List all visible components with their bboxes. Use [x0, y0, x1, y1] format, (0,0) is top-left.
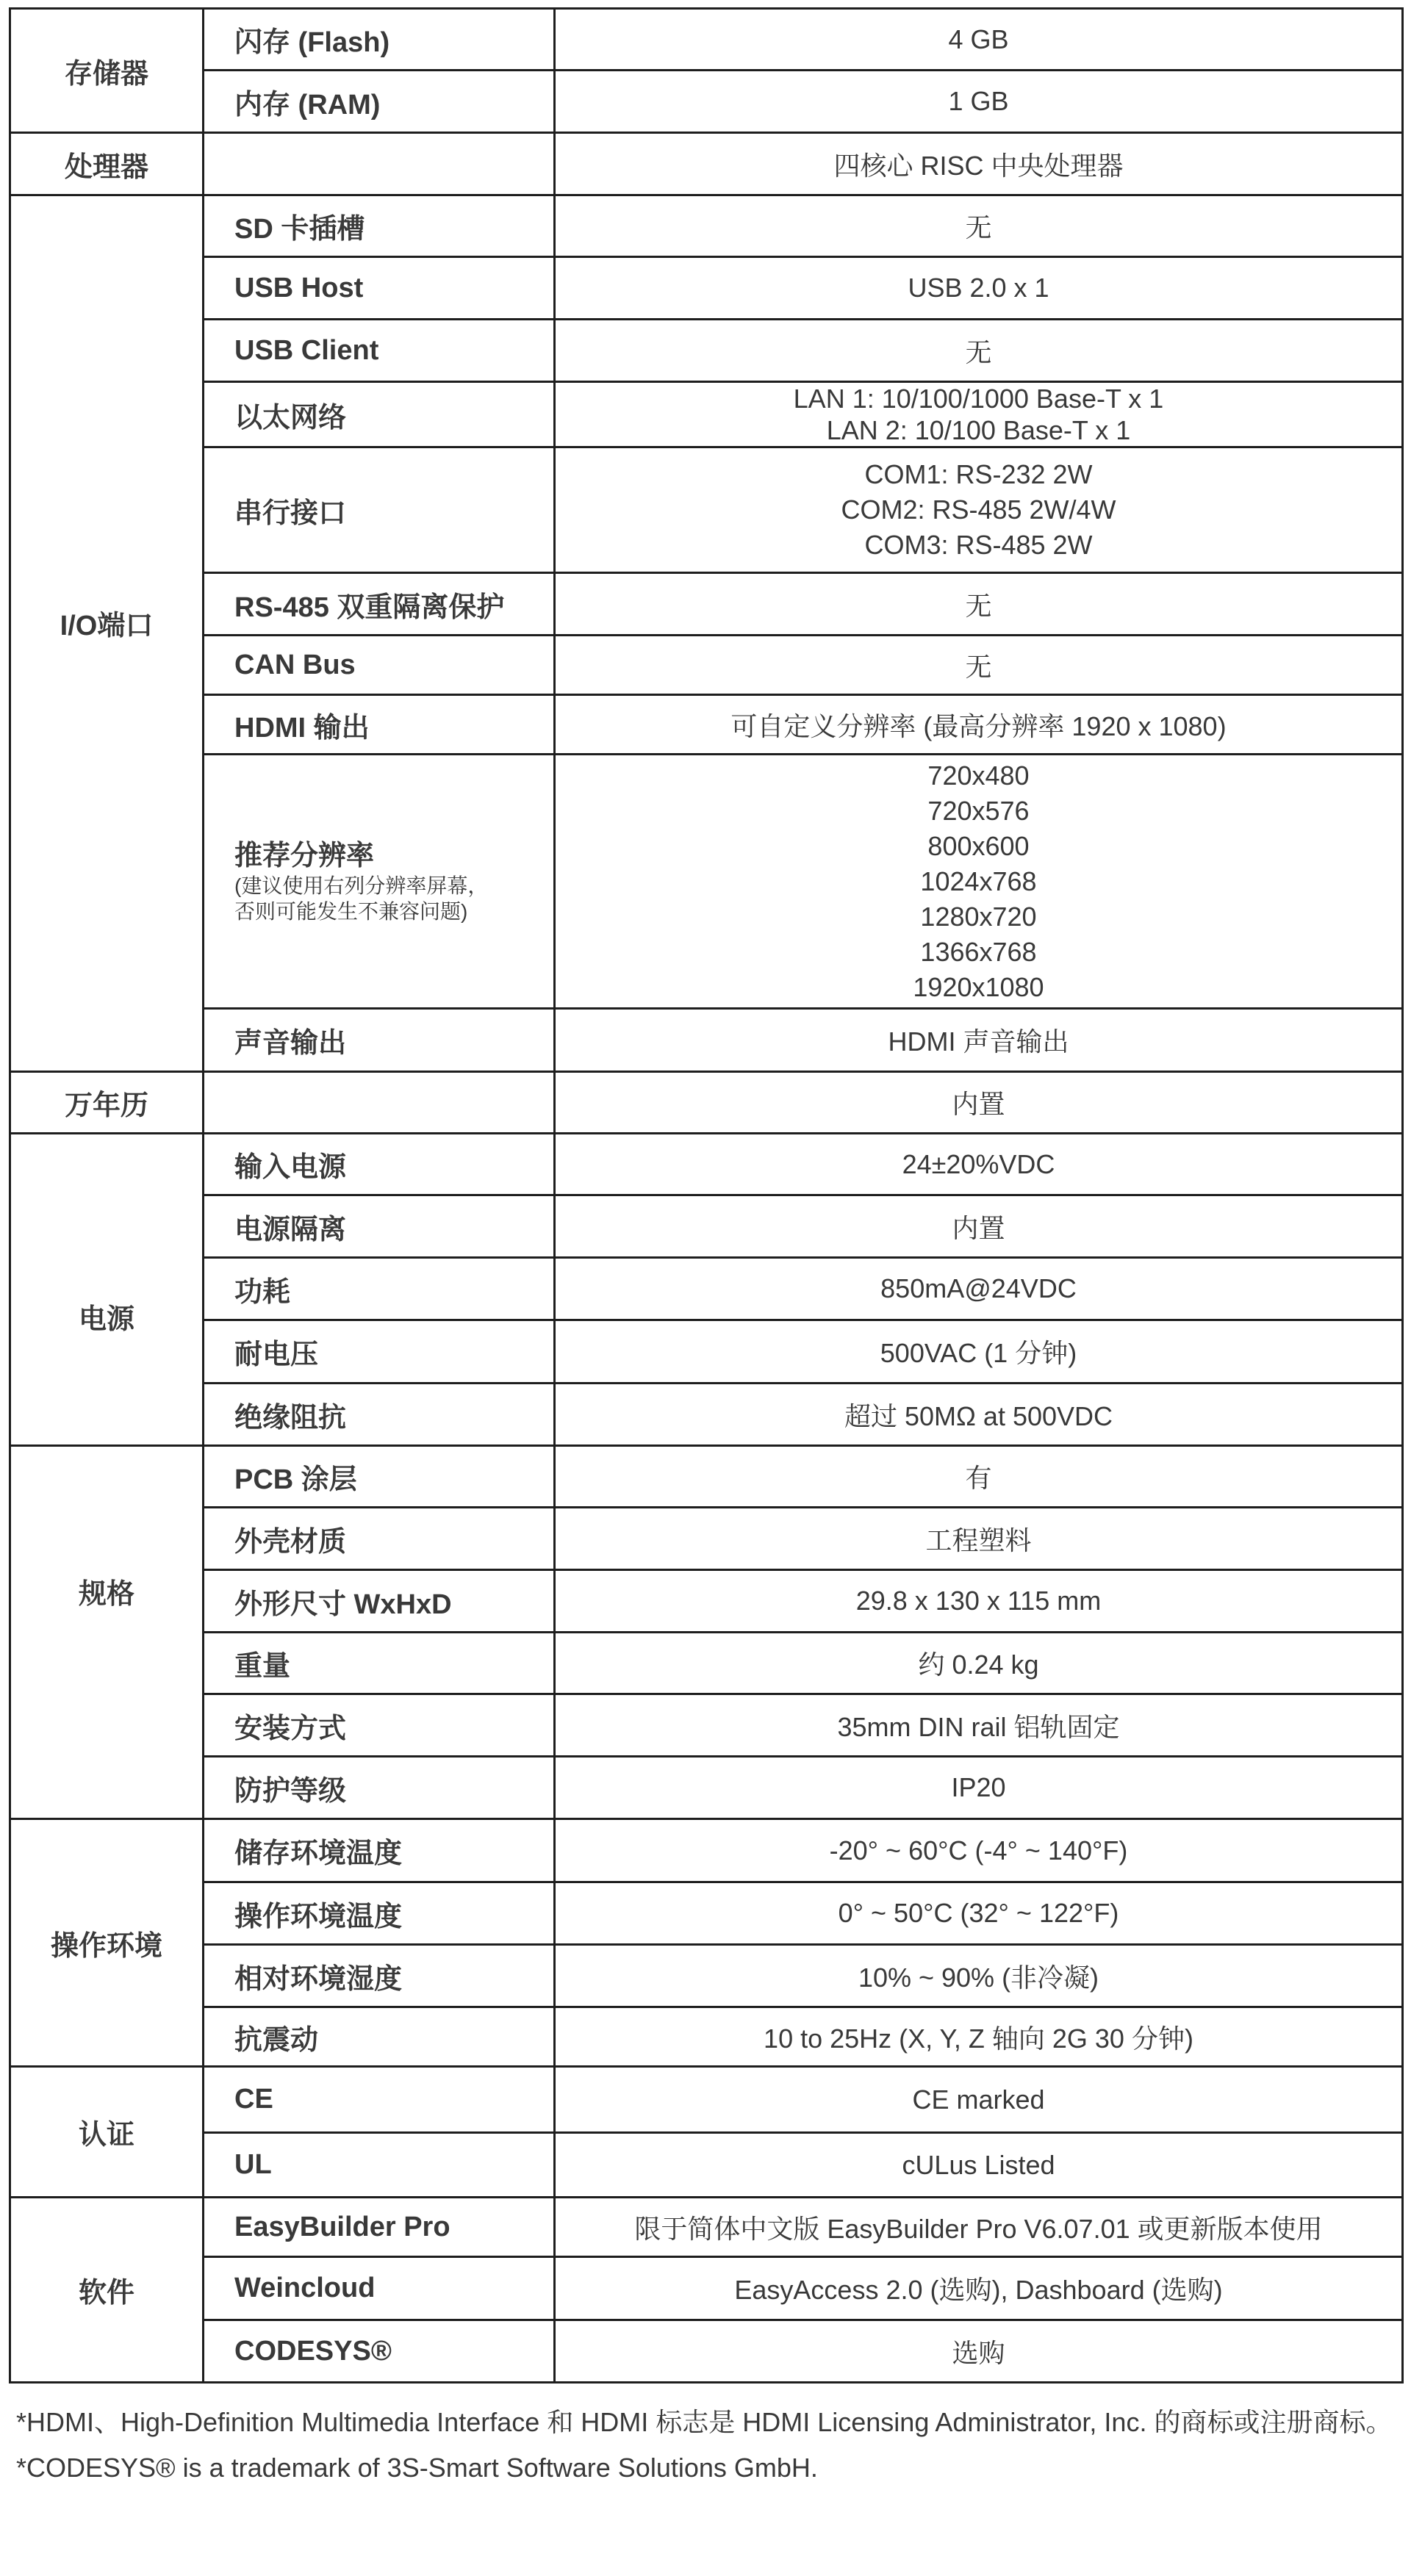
- table-row: 串行接口 COM1: RS-232 2W COM2: RS-485 2W/4W …: [10, 447, 1403, 573]
- spec-value: 1 GB: [555, 71, 1403, 133]
- spec-value: 超过 50MΩ at 500VDC: [555, 1384, 1403, 1446]
- category-label: 操作环境: [51, 1923, 162, 1963]
- spec-label: 闪存 (Flash): [204, 9, 555, 71]
- value-line: LAN 1: 10/100/1000 Base-T x 1: [556, 383, 1401, 414]
- value-line: 720x576: [556, 794, 1401, 829]
- spec-label: 输入电源: [204, 1134, 555, 1195]
- footnote-hdmi-trademark: *HDMI、High-Definition Multimedia Interfa…: [0, 2400, 1401, 2445]
- spec-value: 可自定义分辨率 (最高分辨率 1920 x 1080): [555, 695, 1403, 755]
- spec-value: 工程塑料: [555, 1508, 1403, 1570]
- table-row: HDMI 输出 可自定义分辨率 (最高分辨率 1920 x 1080): [10, 695, 1403, 755]
- table-row: 操作环境 储存环境温度 -20° ~ 60°C (-4° ~ 140°F): [10, 1819, 1403, 1882]
- table-row: CODESYS® 选购: [10, 2320, 1403, 2383]
- spec-value: 无: [555, 320, 1403, 382]
- spec-label: 绝缘阻抗: [204, 1384, 555, 1446]
- spec-label: 储存环境温度: [204, 1819, 555, 1882]
- spec-value: 35mm DIN rail 铝轨固定: [555, 1694, 1403, 1757]
- table-row: 处理器 四核心 RISC 中央处理器: [10, 133, 1403, 195]
- spec-label: [204, 1072, 555, 1134]
- spec-label: [204, 133, 555, 195]
- table-row: 安装方式 35mm DIN rail 铝轨固定: [10, 1694, 1403, 1757]
- table-row: 软件 EasyBuilder Pro 限于简体中文版 EasyBuilder P…: [10, 2198, 1403, 2257]
- spec-note-line: 否则可能发生不兼容问题): [234, 899, 553, 924]
- spec-value: CE marked: [555, 2067, 1403, 2133]
- spec-label: 内存 (RAM): [204, 71, 555, 133]
- spec-label: HDMI 输出: [204, 695, 555, 755]
- category-cell-specifications: 规格: [10, 1446, 204, 1819]
- table-row: USB Client 无: [10, 320, 1403, 382]
- table-row: 推荐分辨率 (建议使用右列分辨率屏幕， 否则可能发生不兼容问题) 720x480…: [10, 755, 1403, 1009]
- category-cell-rtc: 万年历: [10, 1072, 204, 1134]
- category-label: 规格: [79, 1571, 134, 1611]
- table-row: 耐电压 500VAC (1 分钟): [10, 1320, 1403, 1384]
- table-row: 认证 CE CE marked: [10, 2067, 1403, 2133]
- category-label: 认证: [79, 2112, 134, 2152]
- value-line: 1024x768: [556, 864, 1401, 899]
- category-label: 存储器: [65, 51, 148, 91]
- spec-label: 外形尺寸 WxHxD: [204, 1570, 555, 1633]
- value-line: COM2: RS-485 2W/4W: [556, 492, 1401, 528]
- spec-value: 限于简体中文版 EasyBuilder Pro V6.07.01 或更新版本使用: [555, 2198, 1403, 2257]
- spec-value: 无: [555, 573, 1403, 636]
- table-row: 内存 (RAM) 1 GB: [10, 71, 1403, 133]
- spec-label: 外壳材质: [204, 1508, 555, 1570]
- spec-label: 推荐分辨率: [234, 839, 553, 873]
- spec-note-line: (建议使用右列分辨率屏幕，: [234, 873, 553, 899]
- table-row: 抗震动 10 to 25Hz (X, Y, Z 轴向 2G 30 分钟): [10, 2007, 1403, 2067]
- spec-value: 500VAC (1 分钟): [555, 1320, 1403, 1384]
- table-row: 操作环境温度 0° ~ 50°C (32° ~ 122°F): [10, 1882, 1403, 1945]
- spec-label: USB Client: [204, 320, 555, 382]
- value-line: 1920x1080: [556, 970, 1401, 1005]
- table-row: 外形尺寸 WxHxD 29.8 x 130 x 115 mm: [10, 1570, 1403, 1633]
- spec-label: SD 卡插槽: [204, 195, 555, 257]
- category-cell-io-ports: I/O端口: [10, 195, 204, 1072]
- spec-value-multiline: COM1: RS-232 2W COM2: RS-485 2W/4W COM3:…: [555, 447, 1403, 573]
- spec-label: EasyBuilder Pro: [204, 2198, 555, 2257]
- table-row: 防护等级 IP20: [10, 1757, 1403, 1819]
- spec-value: 选购: [555, 2320, 1403, 2383]
- spec-label: 功耗: [204, 1258, 555, 1320]
- table-row: CAN Bus 无: [10, 636, 1403, 695]
- table-row: 规格 PCB 涂层 有: [10, 1446, 1403, 1508]
- category-label: 万年历: [65, 1082, 148, 1123]
- spec-value: IP20: [555, 1757, 1403, 1819]
- category-label: 电源: [79, 1296, 134, 1336]
- spec-value: 10 to 25Hz (X, Y, Z 轴向 2G 30 分钟): [555, 2007, 1403, 2067]
- category-cell-processor: 处理器: [10, 133, 204, 195]
- spec-value: HDMI 声音输出: [555, 1009, 1403, 1072]
- spec-label: 声音输出: [204, 1009, 555, 1072]
- spec-value: 0° ~ 50°C (32° ~ 122°F): [555, 1882, 1403, 1945]
- spec-value: 850mA@24VDC: [555, 1258, 1403, 1320]
- table-row: 声音输出 HDMI 声音输出: [10, 1009, 1403, 1072]
- spec-label: CAN Bus: [204, 636, 555, 695]
- value-line: 1280x720: [556, 899, 1401, 935]
- value-line: COM1: RS-232 2W: [556, 457, 1401, 492]
- spec-label: 串行接口: [204, 447, 555, 573]
- spec-value: 内置: [555, 1195, 1403, 1258]
- spec-table: 存储器 闪存 (Flash) 4 GB 内存 (RAM) 1 GB 处理器 四核…: [9, 7, 1404, 2383]
- value-line: 800x600: [556, 829, 1401, 864]
- value-line: 720x480: [556, 758, 1401, 794]
- spec-value: 29.8 x 130 x 115 mm: [555, 1570, 1403, 1633]
- spec-label: 重量: [204, 1633, 555, 1694]
- spec-label: CE: [204, 2067, 555, 2133]
- spec-value: -20° ~ 60°C (-4° ~ 140°F): [555, 1819, 1403, 1882]
- spec-label: 以太网络: [204, 382, 555, 447]
- footnotes: *HDMI、High-Definition Multimedia Interfa…: [0, 2400, 1401, 2491]
- spec-label: Weincloud: [204, 2257, 555, 2320]
- table-row: UL cULus Listed: [10, 2133, 1403, 2198]
- spec-label: 防护等级: [204, 1757, 555, 1819]
- table-row: 以太网络 LAN 1: 10/100/1000 Base-T x 1 LAN 2…: [10, 382, 1403, 447]
- spec-label: RS-485 双重隔离保护: [204, 573, 555, 636]
- spec-value: 10% ~ 90% (非冷凝): [555, 1945, 1403, 2007]
- table-row: I/O端口 SD 卡插槽 无: [10, 195, 1403, 257]
- category-label: 处理器: [65, 144, 148, 184]
- category-cell-environment: 操作环境: [10, 1819, 204, 2067]
- table-row: 外壳材质 工程塑料: [10, 1508, 1403, 1570]
- spec-value: 24±20%VDC: [555, 1134, 1403, 1195]
- spec-label-with-note: 推荐分辨率 (建议使用右列分辨率屏幕， 否则可能发生不兼容问题): [204, 755, 555, 1009]
- spec-label: 电源隔离: [204, 1195, 555, 1258]
- table-row: 电源 输入电源 24±20%VDC: [10, 1134, 1403, 1195]
- spec-label: USB Host: [204, 257, 555, 320]
- category-cell-certification: 认证: [10, 2067, 204, 2198]
- footnote-codesys-trademark: *CODESYS® is a trademark of 3S-Smart Sof…: [0, 2445, 1401, 2491]
- spec-label: 抗震动: [204, 2007, 555, 2067]
- category-label: 软件: [79, 2270, 134, 2310]
- spec-value: 无: [555, 636, 1403, 695]
- category-cell-software: 软件: [10, 2198, 204, 2383]
- spec-value: 约 0.24 kg: [555, 1633, 1403, 1694]
- value-line: 1366x768: [556, 935, 1401, 970]
- spec-value: 无: [555, 195, 1403, 257]
- spec-value: 四核心 RISC 中央处理器: [555, 133, 1403, 195]
- spec-label: UL: [204, 2133, 555, 2198]
- spec-label: PCB 涂层: [204, 1446, 555, 1508]
- spec-value: 4 GB: [555, 9, 1403, 71]
- table-row: 相对环境湿度 10% ~ 90% (非冷凝): [10, 1945, 1403, 2007]
- table-row: 绝缘阻抗 超过 50MΩ at 500VDC: [10, 1384, 1403, 1446]
- spec-label: 耐电压: [204, 1320, 555, 1384]
- table-row: Weincloud EasyAccess 2.0 (选购), Dashboard…: [10, 2257, 1403, 2320]
- spec-value: USB 2.0 x 1: [555, 257, 1403, 320]
- category-cell-storage: 存储器: [10, 9, 204, 133]
- value-line: LAN 2: 10/100 Base-T x 1: [556, 414, 1401, 446]
- spec-label: 相对环境湿度: [204, 1945, 555, 2007]
- spec-value: cULus Listed: [555, 2133, 1403, 2198]
- spec-value: 有: [555, 1446, 1403, 1508]
- value-line: COM3: RS-485 2W: [556, 528, 1401, 563]
- table-row: RS-485 双重隔离保护 无: [10, 573, 1403, 636]
- table-row: 重量 约 0.24 kg: [10, 1633, 1403, 1694]
- spec-value: 内置: [555, 1072, 1403, 1134]
- spec-value-multiline: 720x480 720x576 800x600 1024x768 1280x72…: [555, 755, 1403, 1009]
- table-row: 电源隔离 内置: [10, 1195, 1403, 1258]
- spec-label: 操作环境温度: [204, 1882, 555, 1945]
- spec-value-multiline: LAN 1: 10/100/1000 Base-T x 1 LAN 2: 10/…: [555, 382, 1403, 447]
- spec-value: EasyAccess 2.0 (选购), Dashboard (选购): [555, 2257, 1403, 2320]
- category-cell-power: 电源: [10, 1134, 204, 1446]
- spec-label: 安装方式: [204, 1694, 555, 1757]
- table-row: 存储器 闪存 (Flash) 4 GB: [10, 9, 1403, 71]
- table-row: 功耗 850mA@24VDC: [10, 1258, 1403, 1320]
- spec-label: CODESYS®: [204, 2320, 555, 2383]
- category-label: I/O端口: [60, 602, 154, 643]
- table-row: USB Host USB 2.0 x 1: [10, 257, 1403, 320]
- table-row: 万年历 内置: [10, 1072, 1403, 1134]
